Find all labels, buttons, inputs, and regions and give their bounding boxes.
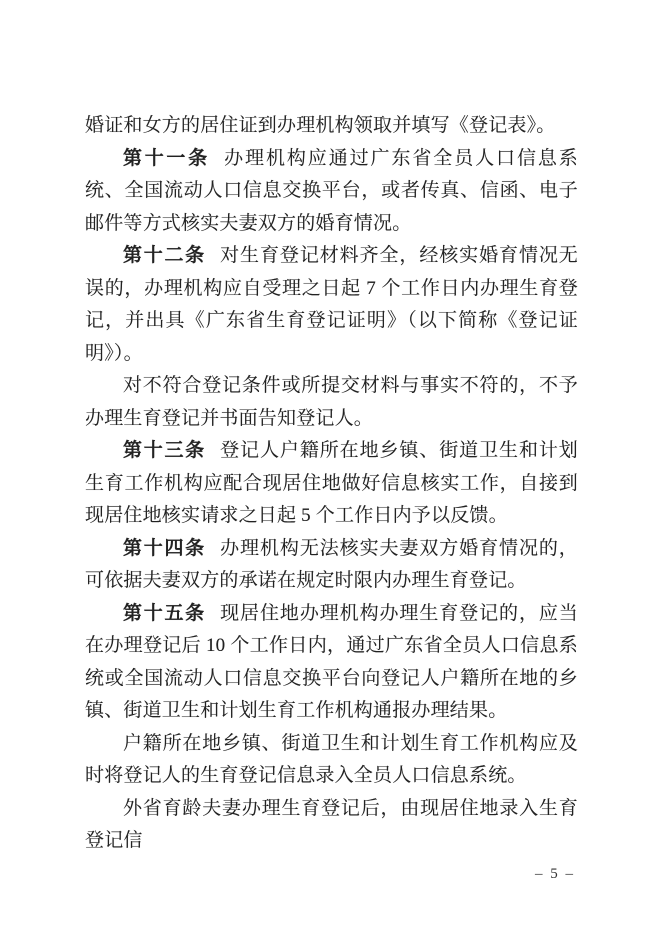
paragraph-text: 婚证和女方的居住证到办理机构领取并填写《登记表》。: [85, 115, 556, 136]
paragraph-article-15-sub2: 外省育龄夫妻办理生育登记后，由现居住地录入生育登记信: [85, 793, 578, 858]
paragraph-article-11: 第十一条办理机构应通过广东省全员人口信息系统、全国流动人口信息交换平台，或者传真…: [85, 143, 578, 241]
paragraph-article-15-sub1: 户籍所在地乡镇、街道卫生和计划生育工作机构应及时将登记人的生育登记信息录入全员人…: [85, 728, 578, 793]
article-term: 第十三条: [123, 440, 206, 461]
paragraph-text: 对不符合登记条件或所提交材料与事实不符的，不予办理生育登记并书面告知登记人。: [85, 375, 578, 429]
paragraph-article-13: 第十三条登记人户籍所在地乡镇、街道卫生和计划生育工作机构应配合现居住地做好信息核…: [85, 435, 578, 533]
paragraph-article-14: 第十四条办理机构无法核实夫妻双方婚育情况的，可依据夫妻双方的承诺在规定时限内办理…: [85, 533, 578, 598]
article-term: 第十五条: [123, 603, 206, 624]
paragraph-text: 户籍所在地乡镇、街道卫生和计划生育工作机构应及时将登记人的生育登记信息录入全员人…: [85, 733, 578, 787]
page-number: – 5 –: [520, 866, 590, 883]
article-term: 第十二条: [123, 245, 206, 266]
paragraph-article-12: 第十二条对生育登记材料齐全，经核实婚育情况无误的，办理机构应自受理之日起 7 个…: [85, 240, 578, 370]
paragraph-article-12-sub: 对不符合登记条件或所提交材料与事实不符的，不予办理生育登记并书面告知登记人。: [85, 370, 578, 435]
paragraph-text: 外省育龄夫妻办理生育登记后，由现居住地录入生育登记信: [85, 798, 578, 852]
paragraph-continuation: 婚证和女方的居住证到办理机构领取并填写《登记表》。: [85, 110, 578, 143]
article-term: 第十一条: [123, 148, 210, 169]
document-body: 婚证和女方的居住证到办理机构领取并填写《登记表》。 第十一条办理机构应通过广东省…: [85, 110, 578, 858]
scanned-document-page: 婚证和女方的居住证到办理机构领取并填写《登记表》。 第十一条办理机构应通过广东省…: [0, 0, 665, 940]
paragraph-article-15: 第十五条现居住地办理机构办理生育登记的，应当在办理登记后 10 个工作日内，通过…: [85, 598, 578, 728]
article-term: 第十四条: [123, 538, 206, 559]
